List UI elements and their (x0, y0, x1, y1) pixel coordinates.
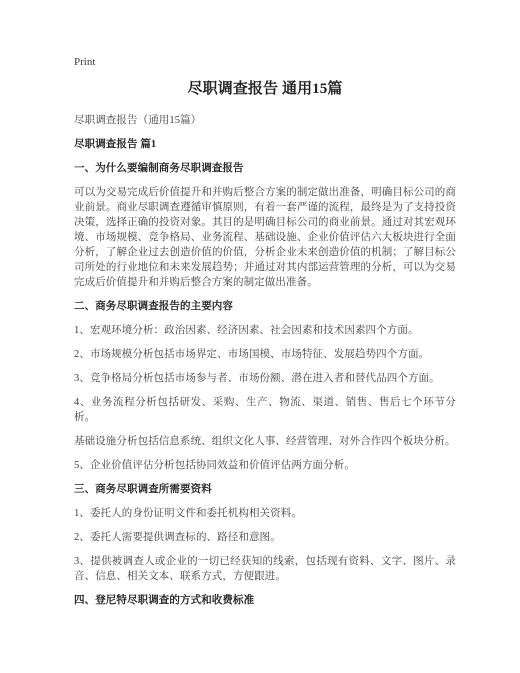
list-item: 1、委托人的身份证明文件和委托机构相关资料。 (74, 506, 456, 521)
section-heading-3: 三、商务尽职调查所需要资料 (74, 482, 456, 497)
document-page: Print 尽职调查报告 通用15篇 尽职调查报告（通用15篇） 尽职调查报告 … (0, 0, 520, 673)
print-link[interactable]: Print (74, 56, 95, 69)
list-item: 4、业务流程分析包括研发、采购、生产、物流、渠道、销售、售后七个环节分析。 (74, 395, 456, 425)
list-item: 3、竞争格局分析包括市场参与者、市场份额、潜在进入者和替代品四个方面。 (74, 371, 456, 386)
part-title: 尽职调查报告 篇1 (74, 137, 456, 152)
paragraph: 基础设施分析包括信息系统、组织文化人事、经营管理、对外合作四个板块分析。 (74, 434, 456, 449)
section-heading-2: 二、商务尽职调查报告的主要内容 (74, 299, 456, 314)
list-item: 5、企业价值评估分析包括协同效益和价值评估两方面分析。 (74, 458, 456, 473)
list-item: 1、宏观环境分析：政治因素、经济因素、社会因素和技术因素四个方面。 (74, 323, 456, 338)
article-subtitle: 尽职调查报告（通用15篇） (74, 113, 456, 128)
list-item: 3、提供被调查人或企业的一切已经获知的线索，包括现有资料、文字、图片、录音、信息… (74, 554, 456, 584)
section-heading-1: 一、为什么要编制商务尽职调查报告 (74, 161, 456, 176)
list-item: 2、委托人需要提供调查标的、路径和意图。 (74, 530, 456, 545)
section-heading-4: 四、登尼特尽职调查的方式和收费标准 (74, 593, 456, 608)
page-title: 尽职调查报告 通用15篇 (74, 80, 456, 99)
list-item: 2、市场规模分析包括市场界定、市场国模、市场特征、发展趋势四个方面。 (74, 347, 456, 362)
article-body: 尽职调查报告 通用15篇 尽职调查报告（通用15篇） 尽职调查报告 篇1 一、为… (74, 80, 456, 617)
paragraph: 可以为交易完成后价值提升和并购后整合方案的制定做出准备，明确目标公司的商业前景。… (74, 185, 456, 290)
